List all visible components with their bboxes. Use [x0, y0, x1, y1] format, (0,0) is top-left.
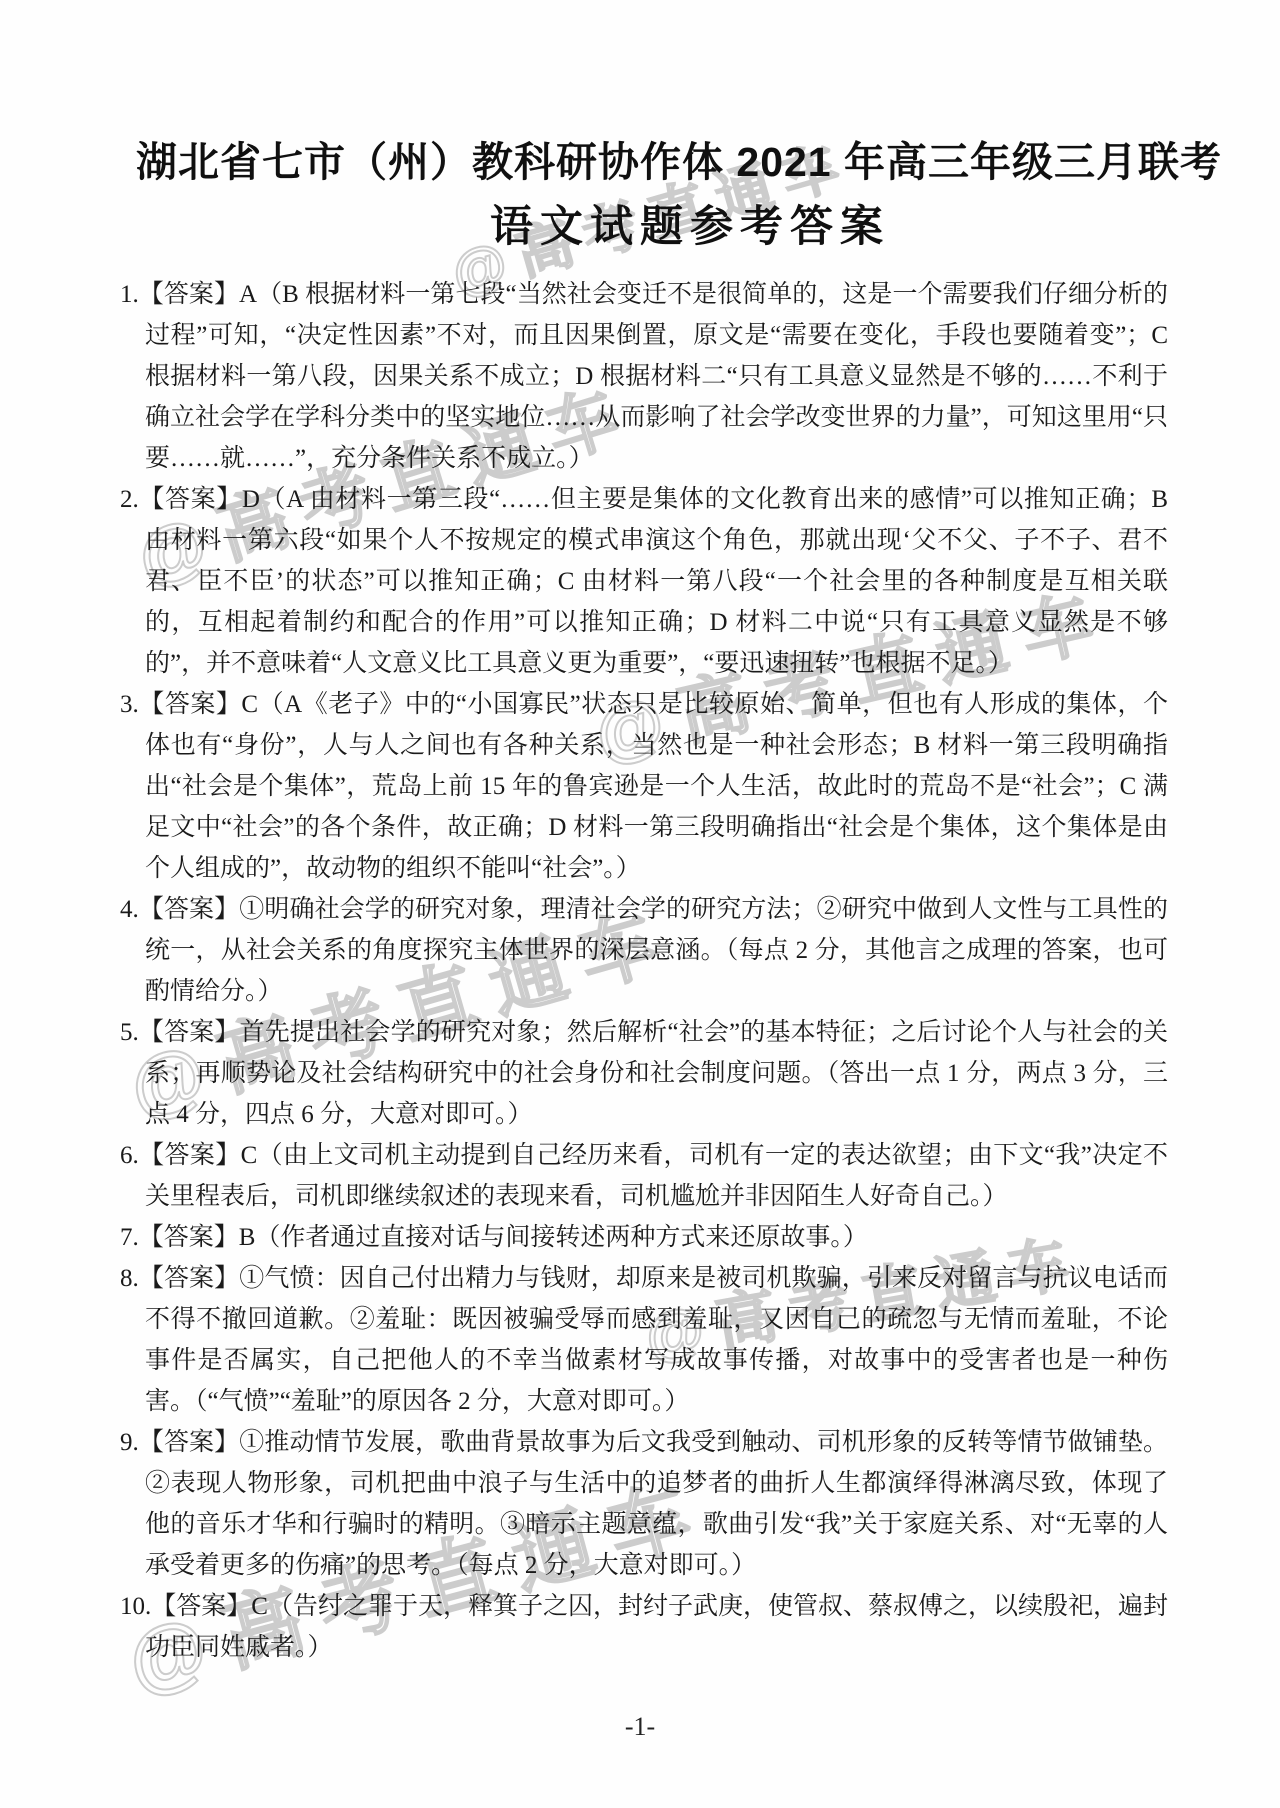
answer-number: 1. — [120, 281, 139, 308]
answer-text: 【答案】D（A 由材料一第三段“……但主要是集体的文化教育出来的感情”可以推知正… — [139, 486, 1168, 677]
answer-number: 3. — [120, 691, 139, 718]
document-content: 湖北省七市（州）教科研协作体 2021 年高三年级三月联考 语文试题参考答案 1… — [120, 0, 1168, 1668]
answer-number: 4. — [120, 896, 139, 923]
answer-item: 3.【答案】C（A《老子》中的“小国寡民”状态只是比较原始、简单，但也有人形成的… — [120, 684, 1168, 889]
answer-number: 7. — [120, 1224, 139, 1251]
answer-text: 【答案】B（作者通过直接对话与间接转述两种方式来还原故事。） — [139, 1224, 868, 1251]
answer-text: 【答案】A（B 根据材料一第七段“当然社会变迁不是很简单的，这是一个需要我们仔细… — [139, 281, 1168, 472]
page-number: -1- — [0, 1712, 1280, 1742]
answer-item: 8.【答案】①气愤：因自己付出精力与钱财，却原来是被司机欺骗，引来反对留言与抗议… — [120, 1258, 1168, 1422]
answer-key-subtitle: 语文试题参考答案 — [166, 202, 1214, 252]
answer-number: 5. — [120, 1019, 139, 1046]
answer-item: 1.【答案】A（B 根据材料一第七段“当然社会变迁不是很简单的，这是一个需要我们… — [120, 274, 1168, 479]
answer-number: 10. — [120, 1593, 151, 1620]
answer-item: 10.【答案】C（告纣之罪于天，释箕子之囚，封纣子武庚，使管叔、蔡叔傅之，以续殷… — [120, 1586, 1168, 1668]
exam-title: 湖北省七市（州）教科研协作体 2021 年高三年级三月联考 — [136, 138, 1184, 186]
answer-item: 6.【答案】C（由上文司机主动提到自己经历来看，司机有一定的表达欲望；由下文“我… — [120, 1135, 1168, 1217]
answer-number: 2. — [120, 486, 139, 513]
answer-text: 【答案】①推动情节发展，歌曲背景故事为后文我受到触动、司机形象的反转等情节做铺垫… — [139, 1429, 1168, 1579]
answer-number: 9. — [120, 1429, 139, 1456]
answer-item: 7.【答案】B（作者通过直接对话与间接转述两种方式来还原故事。） — [120, 1217, 1168, 1258]
answer-list: 1.【答案】A（B 根据材料一第七段“当然社会变迁不是很简单的，这是一个需要我们… — [120, 274, 1168, 1668]
answer-text: 【答案】①明确社会学的研究对象，理清社会学的研究方法；②研究中做到人文性与工具性… — [139, 896, 1168, 1005]
answer-text: 【答案】C（由上文司机主动提到自己经历来看，司机有一定的表达欲望；由下文“我”决… — [139, 1142, 1168, 1210]
answer-number: 6. — [120, 1142, 139, 1169]
answer-text: 【答案】①气愤：因自己付出精力与钱财，却原来是被司机欺骗，引来反对留言与抗议电话… — [139, 1265, 1168, 1415]
document-page: @高考直通车 @高考直通车 @高考直通车 @高考直通车 @高考直通车 @高考直通… — [0, 0, 1280, 1808]
answer-number: 8. — [120, 1265, 139, 1292]
answer-item: 2.【答案】D（A 由材料一第三段“……但主要是集体的文化教育出来的感情”可以推… — [120, 479, 1168, 684]
answer-item: 4.【答案】①明确社会学的研究对象，理清社会学的研究方法；②研究中做到人文性与工… — [120, 889, 1168, 1012]
answer-text: 【答案】C（告纣之罪于天，释箕子之囚，封纣子武庚，使管叔、蔡叔傅之，以续殷祀，遍… — [145, 1593, 1168, 1661]
answer-text: 【答案】C（A《老子》中的“小国寡民”状态只是比较原始、简单，但也有人形成的集体… — [139, 691, 1168, 882]
answer-text: 【答案】首先提出社会学的研究对象；然后解析“社会”的基本特征；之后讨论个人与社会… — [139, 1019, 1168, 1128]
answer-item: 9.【答案】①推动情节发展，歌曲背景故事为后文我受到触动、司机形象的反转等情节做… — [120, 1422, 1168, 1586]
answer-item: 5.【答案】首先提出社会学的研究对象；然后解析“社会”的基本特征；之后讨论个人与… — [120, 1012, 1168, 1135]
